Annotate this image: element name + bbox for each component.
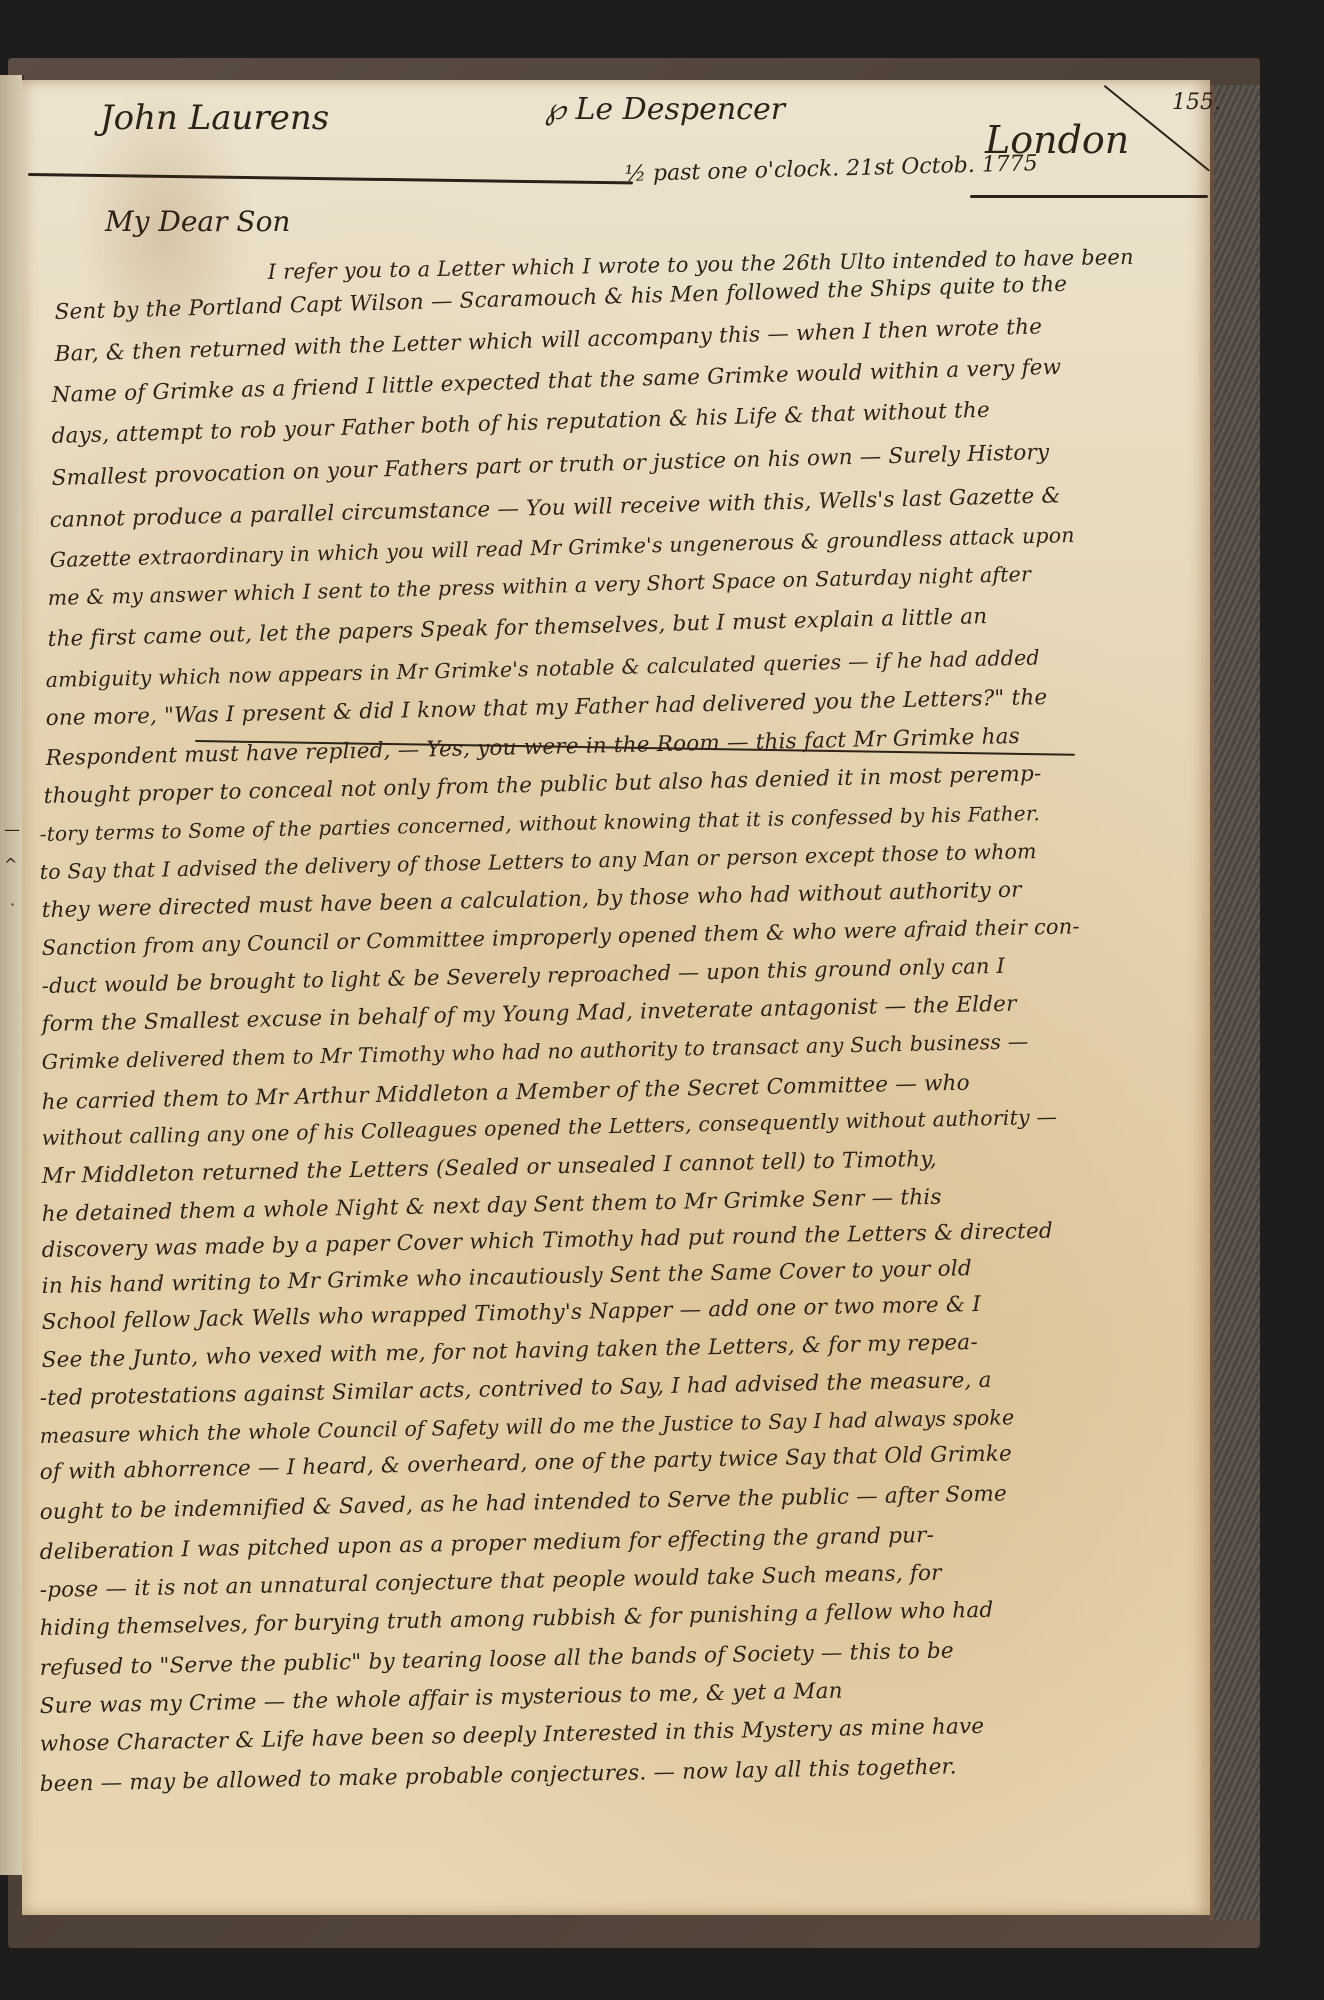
page-number: 155. (1172, 90, 1221, 115)
margin-mark-dash: — (4, 820, 20, 839)
salutation: My Dear Son (105, 205, 290, 238)
recipient-name: John Laurens (100, 98, 329, 138)
book-fore-edge (1210, 85, 1260, 1920)
ship-name: ℘ Le Despencer (545, 92, 785, 127)
facing-page-edge (0, 75, 24, 1875)
margin-mark-caret: ^ (4, 855, 17, 874)
margin-mark-dot: · (10, 895, 15, 914)
header-rule-right (970, 195, 1208, 198)
